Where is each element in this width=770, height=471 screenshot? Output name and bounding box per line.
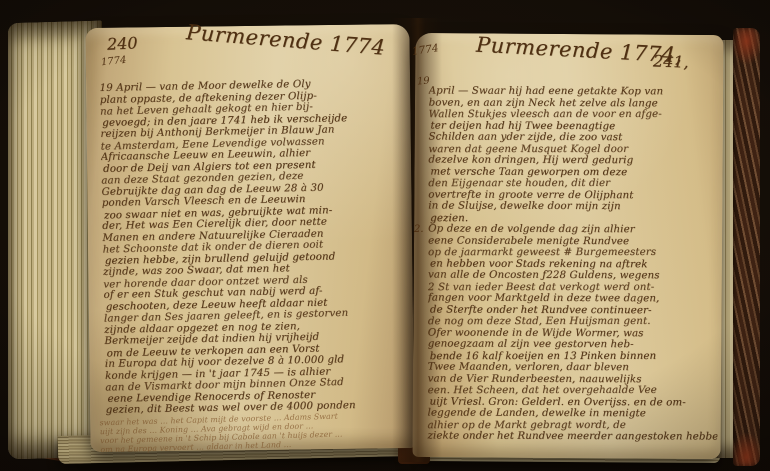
manuscript-line: Schilden aan yder zijde, die zoo vast: [428, 131, 718, 144]
manuscript-line: van de Vier Runderbeesten, naauwelijks: [428, 373, 718, 386]
manuscript-line: ziekte onder het Rundvee meerder aangest…: [427, 430, 717, 443]
manuscript-line: Ofer woonende in de Wijde Wormer, was: [428, 327, 718, 340]
manuscript-line: Op deze en de volgende dag zijn alhier: [428, 223, 718, 236]
marbled-book-cover-right: [733, 28, 760, 466]
manuscript-line: een. Het Scheen, dat het overgehaalde Ve…: [428, 385, 718, 397]
manuscript-line: dezelve kon dringen, Hij werd gedurig: [428, 154, 718, 167]
manuscript-line: bende 16 kalf koeijen en 13 Pinken binne…: [430, 350, 718, 362]
manuscript-line: Twee Maanden, verloren, daar bleven: [428, 361, 718, 374]
manuscript-line: uijt Vriesl. Gron: Gelderl. en Overijss.…: [430, 396, 718, 409]
manuscript-line: fangen voor Marktgeld in deze twee dagen…: [428, 292, 718, 305]
right-page-number: 241,: [653, 51, 689, 71]
manuscript-line: eene Considerabele menigte Rundvee: [428, 235, 718, 248]
right-margin-entry-mark: 2.: [414, 224, 424, 235]
manuscript-line: overtrefte in groote verre de Olijphant: [428, 189, 718, 202]
manuscript-line: van alle de Oncosten ƒ228 Guldens, wegen…: [428, 269, 718, 282]
manuscript-line: leggende de Landen, dewelke in menigte: [427, 407, 717, 420]
manuscript-line: de nog om deze Stad, Een Huijsman gent.: [428, 316, 718, 328]
manuscript-line: gezien.: [430, 212, 718, 224]
manuscript-line: en hebben voor Stads rekening na aftrek: [430, 258, 718, 271]
manuscript-line: de Sterfte onder het Rundvee continueer-: [430, 304, 718, 317]
manuscript-line: genoegzaam al zijn vee gestorven heb-: [428, 338, 718, 351]
manuscript-line: den Eijgenaar ste houden, dit dier: [428, 178, 718, 190]
manuscript-line: boven, en aan zijn Neck het zelve als la…: [429, 97, 719, 110]
manuscript-line: ter deijen had hij Twee beenagtige: [430, 120, 718, 133]
manuscript-line: April — Swaar hij had eene getakte Kop v…: [429, 85, 719, 98]
manuscript-line: alhier op de Markt gebragt wordt, de: [427, 419, 717, 431]
photo-of-open-manuscript-book: 240 1774 Purmerende 1774 19 April — van …: [0, 0, 770, 471]
manuscript-line: waren dat geene Musquet Kogel door: [428, 143, 718, 155]
manuscript-line: in de Sluijse, dewelke door mijn zijn: [428, 200, 718, 213]
manuscript-line: op de jaarmarkt geweest # Burgemeesters: [428, 247, 718, 259]
manuscript-line: met versche Taan geworpen om deze: [430, 166, 718, 179]
right-page-text: April — Swaar hij had eene getakte Kop v…: [427, 85, 718, 452]
left-page-text: 19 April — van de Moor dewelke de Olypla…: [99, 77, 410, 455]
left-page-number: 240: [107, 33, 138, 54]
manuscript-line: 2 St van ieder Beest dat verkogt werd on…: [428, 281, 718, 293]
manuscript-line: Wallen Stukjes vleesch aan de voor en af…: [429, 109, 719, 121]
